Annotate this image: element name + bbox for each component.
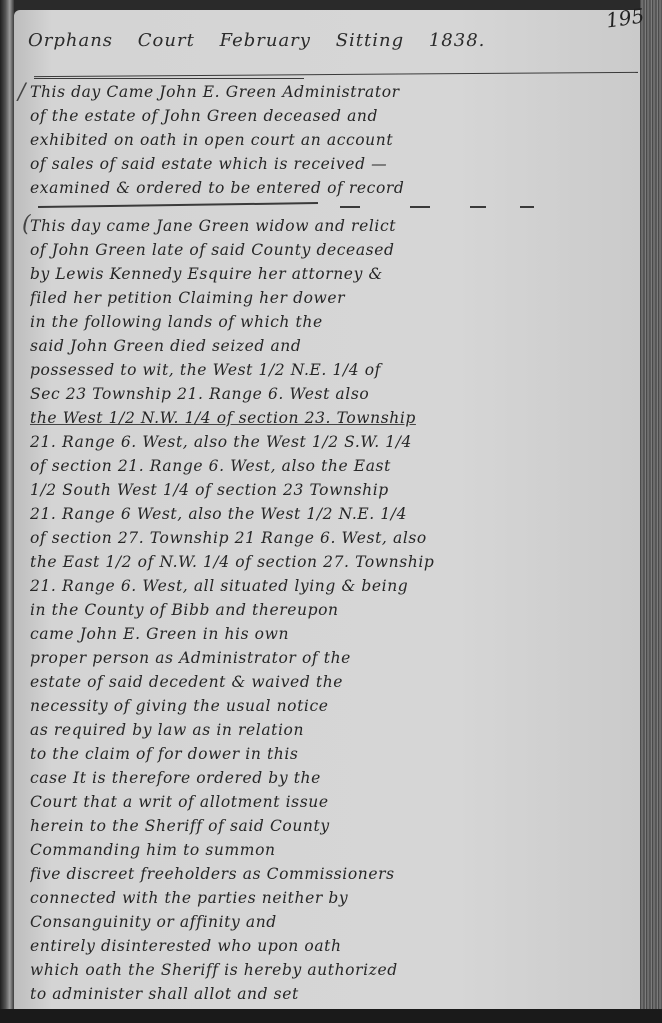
- book-binding-left: [0, 0, 14, 1023]
- entry-line: to the claim of for dower in this: [30, 742, 626, 766]
- entry-line: 21. Range 6. West, all situated lying & …: [30, 574, 626, 598]
- entry-separator-dash: [520, 206, 534, 208]
- entry-line: in the County of Bibb and thereupon: [30, 598, 626, 622]
- heading-year: 1838.: [429, 30, 486, 51]
- page-heading: Orphans Court February Sitting 1838.: [28, 30, 628, 58]
- entry-line: Sec 23 Township 21. Range 6. West also: [30, 382, 626, 406]
- heading-court: Orphans: [28, 30, 113, 51]
- entry-separator-dash: [410, 206, 430, 208]
- page-stack-edge: [640, 0, 662, 1023]
- entry-line: the East 1/2 of N.W. 1/4 of section 27. …: [30, 550, 626, 574]
- entry-line: case It is therefore ordered by the: [30, 766, 626, 790]
- entry-line: of sales of said estate which is receive…: [30, 152, 626, 176]
- heading-rule-double: [34, 78, 304, 79]
- entry-line: 1/2 South West 1/4 of section 23 Townshi…: [30, 478, 626, 502]
- entry-line: of section 21. Range 6. West, also the E…: [30, 454, 626, 478]
- heading-sitting: Sitting: [336, 30, 404, 51]
- entry-line: exhibited on oath in open court an accou…: [30, 128, 626, 152]
- entry-line: herein to the Sheriff of said County: [30, 814, 626, 838]
- entry-line: of the estate of John Green deceased and: [30, 104, 626, 128]
- entry-line: came John E. Green in his own: [30, 622, 626, 646]
- heading-month: February: [220, 30, 311, 51]
- entry-line: estate of said decedent & waived the: [30, 670, 626, 694]
- heading-court-word: Court: [138, 30, 195, 51]
- entry-line: as required by law as in relation: [30, 718, 626, 742]
- entry-line: examined & ordered to be entered of reco…: [30, 176, 626, 200]
- entry-line: This day came Jane Green widow and relic…: [30, 214, 626, 238]
- entry-line: in the following lands of which the: [30, 310, 626, 334]
- entry-line: possessed to wit, the West 1/2 N.E. 1/4 …: [30, 358, 626, 382]
- entry-line: which oath the Sheriff is hereby authori…: [30, 958, 626, 982]
- entry-line: five discreet freeholders as Commissione…: [30, 862, 626, 886]
- entry-line: Consanguinity or affinity and: [30, 910, 626, 934]
- entry-line: Commanding him to summon: [30, 838, 626, 862]
- entry-line: said John Green died seized and: [30, 334, 626, 358]
- entry-line: the West 1/2 N.W. 1/4 of section 23. Tow…: [30, 406, 626, 430]
- entry-line: Court that a writ of allotment issue: [30, 790, 626, 814]
- entry-line: by Lewis Kennedy Esquire her attorney &: [30, 262, 626, 286]
- entry-line: filed her petition Claiming her dower: [30, 286, 626, 310]
- entry-separator-dash: [340, 206, 360, 208]
- entry-line: of John Green late of said County deceas…: [30, 238, 626, 262]
- margin-bracket-mark: /: [18, 80, 25, 105]
- entry-line: proper person as Administrator of the: [30, 646, 626, 670]
- bottom-shadow: [0, 1009, 662, 1023]
- entry-line: 21. Range 6. West, also the West 1/2 S.W…: [30, 430, 626, 454]
- entry-line: connected with the parties neither by: [30, 886, 626, 910]
- entry-line: This day Came John E. Green Administrato…: [30, 80, 626, 104]
- entry-line: 21. Range 6 West, also the West 1/2 N.E.…: [30, 502, 626, 526]
- entry-line: of section 27. Township 21 Range 6. West…: [30, 526, 626, 550]
- entry-line: necessity of giving the usual notice: [30, 694, 626, 718]
- entry-line: to administer shall allot and set: [30, 982, 626, 1006]
- entry-separator-dash: [470, 206, 486, 208]
- entry-line: entirely disinterested who upon oath: [30, 934, 626, 958]
